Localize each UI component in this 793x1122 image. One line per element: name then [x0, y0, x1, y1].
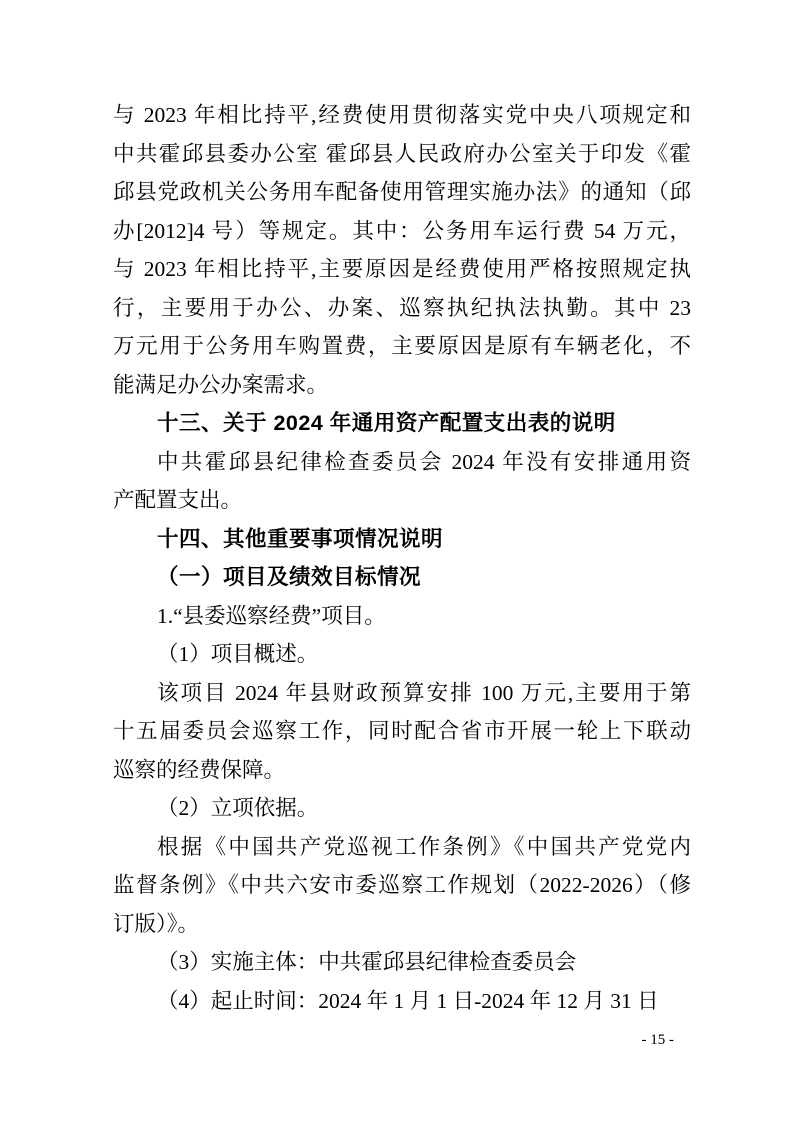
body-text-line: 与 2023 年相比持平,经费使用贯彻落实党中央八项规定和	[113, 96, 691, 135]
section-heading-14: 十四、其他重要事项情况说明	[113, 520, 691, 559]
body-text-line: 与 2023 年相比持平,主要原因是经费使用严格按照规定执	[113, 250, 691, 289]
body-text-line: 巡察的经费保障。	[113, 751, 691, 790]
body-text-line: 中共霍邱县纪律检查委员会 2024 年没有安排通用资	[113, 443, 691, 482]
body-text-line: 该项目 2024 年县财政预算安排 100 万元,主要用于第	[113, 674, 691, 713]
body-text-line: 十五届委员会巡察工作，同时配合省市开展一轮上下联动	[113, 712, 691, 751]
body-text-line: 邱县党政机关公务用车配备使用管理实施办法》的通知（邱	[113, 173, 691, 212]
body-text-line: 中共霍邱县委办公室 霍邱县人民政府办公室关于印发《霍	[113, 135, 691, 174]
document-page: 与 2023 年相比持平,经费使用贯彻落实党中央八项规定和 中共霍邱县委办公室 …	[0, 0, 793, 1122]
subsection-heading: （一）项目及绩效目标情况	[113, 558, 691, 597]
section-heading-13: 十三、关于 2024 年通用资产配置支出表的说明	[113, 404, 691, 443]
body-text-line: 产配置支出。	[113, 481, 691, 520]
document-body: 与 2023 年相比持平,经费使用贯彻落实党中央八项规定和 中共霍邱县委办公室 …	[113, 96, 691, 1020]
body-text-line: （4）起止时间：2024 年 1 月 1 日-2024 年 12 月 31 日	[113, 982, 691, 1021]
body-text-line: 监督条例》《中共六安市委巡察工作规划（2022-2026）（修	[113, 866, 691, 905]
body-text-line: 办[2012]4 号）等规定。其中：公务用车运行费 54 万元，	[113, 212, 691, 251]
body-text-line: 订版）》。	[113, 905, 691, 944]
body-text-line: （1）项目概述。	[113, 635, 691, 674]
body-text-line: （3）实施主体：中共霍邱县纪律检查委员会	[113, 943, 691, 982]
body-text-line: 能满足办公办案需求。	[113, 366, 691, 405]
page-number: - 15 -	[642, 1031, 675, 1049]
body-text-line: 万元用于公务用车购置费，主要原因是原有车辆老化，不	[113, 327, 691, 366]
body-text-line: 1.“县委巡察经费”项目。	[113, 597, 691, 636]
body-text-line: 根据《中国共产党巡视工作条例》《中国共产党党内	[113, 828, 691, 867]
body-text-line: （2）立项依据。	[113, 789, 691, 828]
body-text-line: 行，主要用于办公、办案、巡察执纪执法执勤。其中 23	[113, 289, 691, 328]
